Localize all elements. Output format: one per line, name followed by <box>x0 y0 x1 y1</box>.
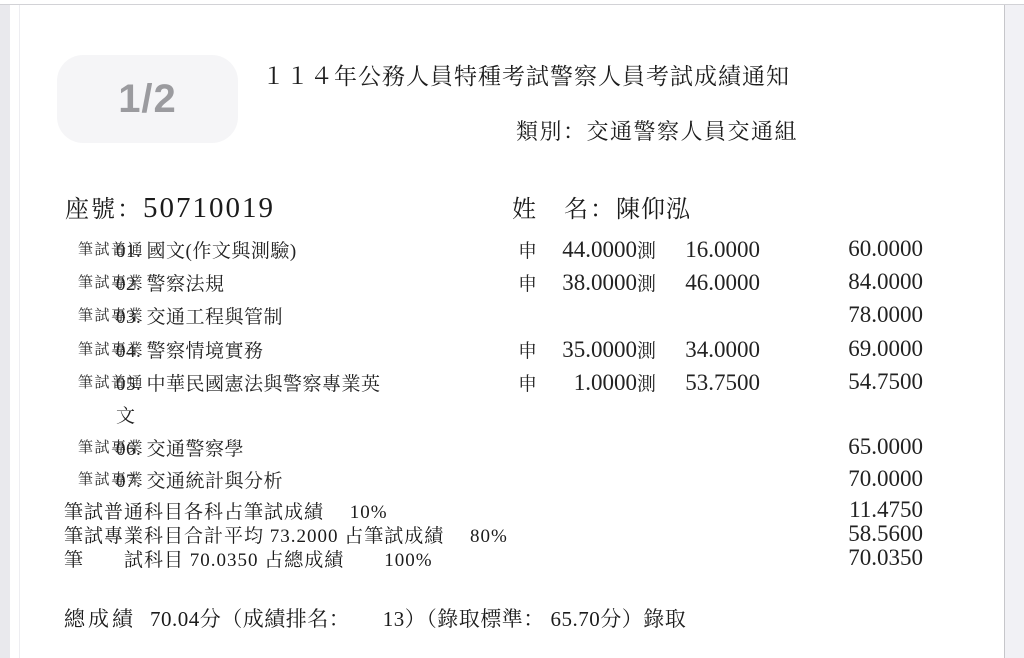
subject-name: 05. 中華民國憲法與警察專業英 <box>116 369 381 396</box>
subject-score: 84.0000 <box>848 269 923 295</box>
page-number-badge: 1/2 <box>57 55 238 143</box>
essay-mark-label: 申 <box>518 341 537 362</box>
subject-name: 03. 交通工程與管制 <box>116 302 283 329</box>
subject-name-wrap: 文 <box>116 401 136 428</box>
seat-number: 50710019 <box>143 192 275 224</box>
summary-line: 筆 試科目 70.0350 占總成績 100% 70.0350 <box>10 545 1004 569</box>
viewer-right-margin <box>1004 5 1024 658</box>
subject-row: 筆試專業 02. 警察法規 申38.0000測46.0000 84.0000 <box>10 269 1004 295</box>
subject-row: 筆試專業 06. 交通警察學 65.0000 <box>10 434 1004 460</box>
subject-name: 01. 國文(作文與測驗) <box>116 236 297 263</box>
summary-value: 11.4750 <box>849 497 923 523</box>
total-score-value: 70.04分（成績排名： 13）（錄取標準： 65.70分）錄取 <box>150 603 686 633</box>
essay-mark-value: 44.0000 <box>537 237 637 263</box>
essay-mark-value: 38.0000 <box>537 270 637 296</box>
subject-name: 02. 警察法規 <box>116 269 225 296</box>
summary-value: 58.5600 <box>848 521 923 547</box>
test-mark-label: 測 <box>637 341 656 362</box>
test-mark-label: 測 <box>637 274 656 295</box>
subject-marks: 申1.0000測53.7500 <box>518 369 760 396</box>
essay-mark-label: 申 <box>518 374 537 395</box>
name-line: 姓 名：陳仰泓 <box>512 189 691 224</box>
total-score-line: 總成績 70.04分（成績排名： 13）（錄取標準： 65.70分）錄取 <box>10 603 1004 631</box>
subject-name: 07. 交通統計與分析 <box>116 466 283 493</box>
test-mark-value: 46.0000 <box>656 270 760 296</box>
essay-mark-label: 申 <box>518 241 537 262</box>
test-mark-value: 53.7500 <box>656 370 760 396</box>
subject-row: 筆試普通 01. 國文(作文與測驗) 申44.0000測16.0000 60.0… <box>10 236 1004 262</box>
document-category: 類別：交通警察人員交通組 <box>516 115 798 146</box>
essay-mark-label: 申 <box>518 274 537 295</box>
subject-score: 70.0000 <box>848 466 923 492</box>
subject-row: 筆試普通 05. 中華民國憲法與警察專業英 申1.0000測53.7500 54… <box>10 369 1004 395</box>
seat-number-line: 座號：50710019 <box>65 189 275 225</box>
viewer-left-margin <box>0 5 10 658</box>
subject-score: 78.0000 <box>848 302 923 328</box>
summary-label: 筆試專業科目合計平均 73.2000 占筆試成績 80% <box>64 521 508 548</box>
summary-line: 筆試專業科目合計平均 73.2000 占筆試成績 80% 58.5600 <box>10 521 1004 545</box>
summary-value: 70.0350 <box>848 545 923 571</box>
subject-name: 06. 交通警察學 <box>116 434 244 461</box>
test-mark-value: 34.0000 <box>656 337 760 363</box>
subject-score: 54.7500 <box>848 369 923 395</box>
subject-row: 筆試專業 03. 交通工程與管制 78.0000 <box>10 302 1004 328</box>
subject-score: 65.0000 <box>848 434 923 460</box>
essay-mark-value: 1.0000 <box>537 370 637 396</box>
test-mark-label: 測 <box>637 374 656 395</box>
subject-name: 04. 警察情境實務 <box>116 336 264 363</box>
document-title: １１４年公務人員特種考試警察人員考試成績通知 <box>262 58 790 91</box>
subject-marks: 申44.0000測16.0000 <box>518 236 760 263</box>
test-mark-label: 測 <box>637 241 656 262</box>
subject-marks: 申35.0000測34.0000 <box>518 336 760 363</box>
seat-label: 座號： <box>65 197 143 223</box>
total-score-label: 總成績 <box>64 603 136 633</box>
test-mark-value: 16.0000 <box>656 237 760 263</box>
summary-label: 筆試普通科目各科占筆試成績 10% <box>64 497 388 524</box>
subject-marks: 申38.0000測46.0000 <box>518 269 760 296</box>
name-label: 姓 名： <box>512 197 616 223</box>
subject-score: 69.0000 <box>848 336 923 362</box>
subject-row-continuation: 文 <box>10 401 1004 427</box>
summary-line: 筆試普通科目各科占筆試成績 10% 11.4750 <box>10 497 1004 521</box>
essay-mark-value: 35.0000 <box>537 337 637 363</box>
document-page: 1/2 １１４年公務人員特種考試警察人員考試成績通知 類別：交通警察人員交通組 … <box>10 5 1004 658</box>
subject-row: 筆試專業 04. 警察情境實務 申35.0000測34.0000 69.0000 <box>10 336 1004 362</box>
summary-label: 筆 試科目 70.0350 占總成績 100% <box>64 545 433 572</box>
name-value: 陳仰泓 <box>616 197 691 223</box>
subject-row: 筆試專業 07. 交通統計與分析 70.0000 <box>10 466 1004 492</box>
subject-score: 60.0000 <box>848 236 923 262</box>
